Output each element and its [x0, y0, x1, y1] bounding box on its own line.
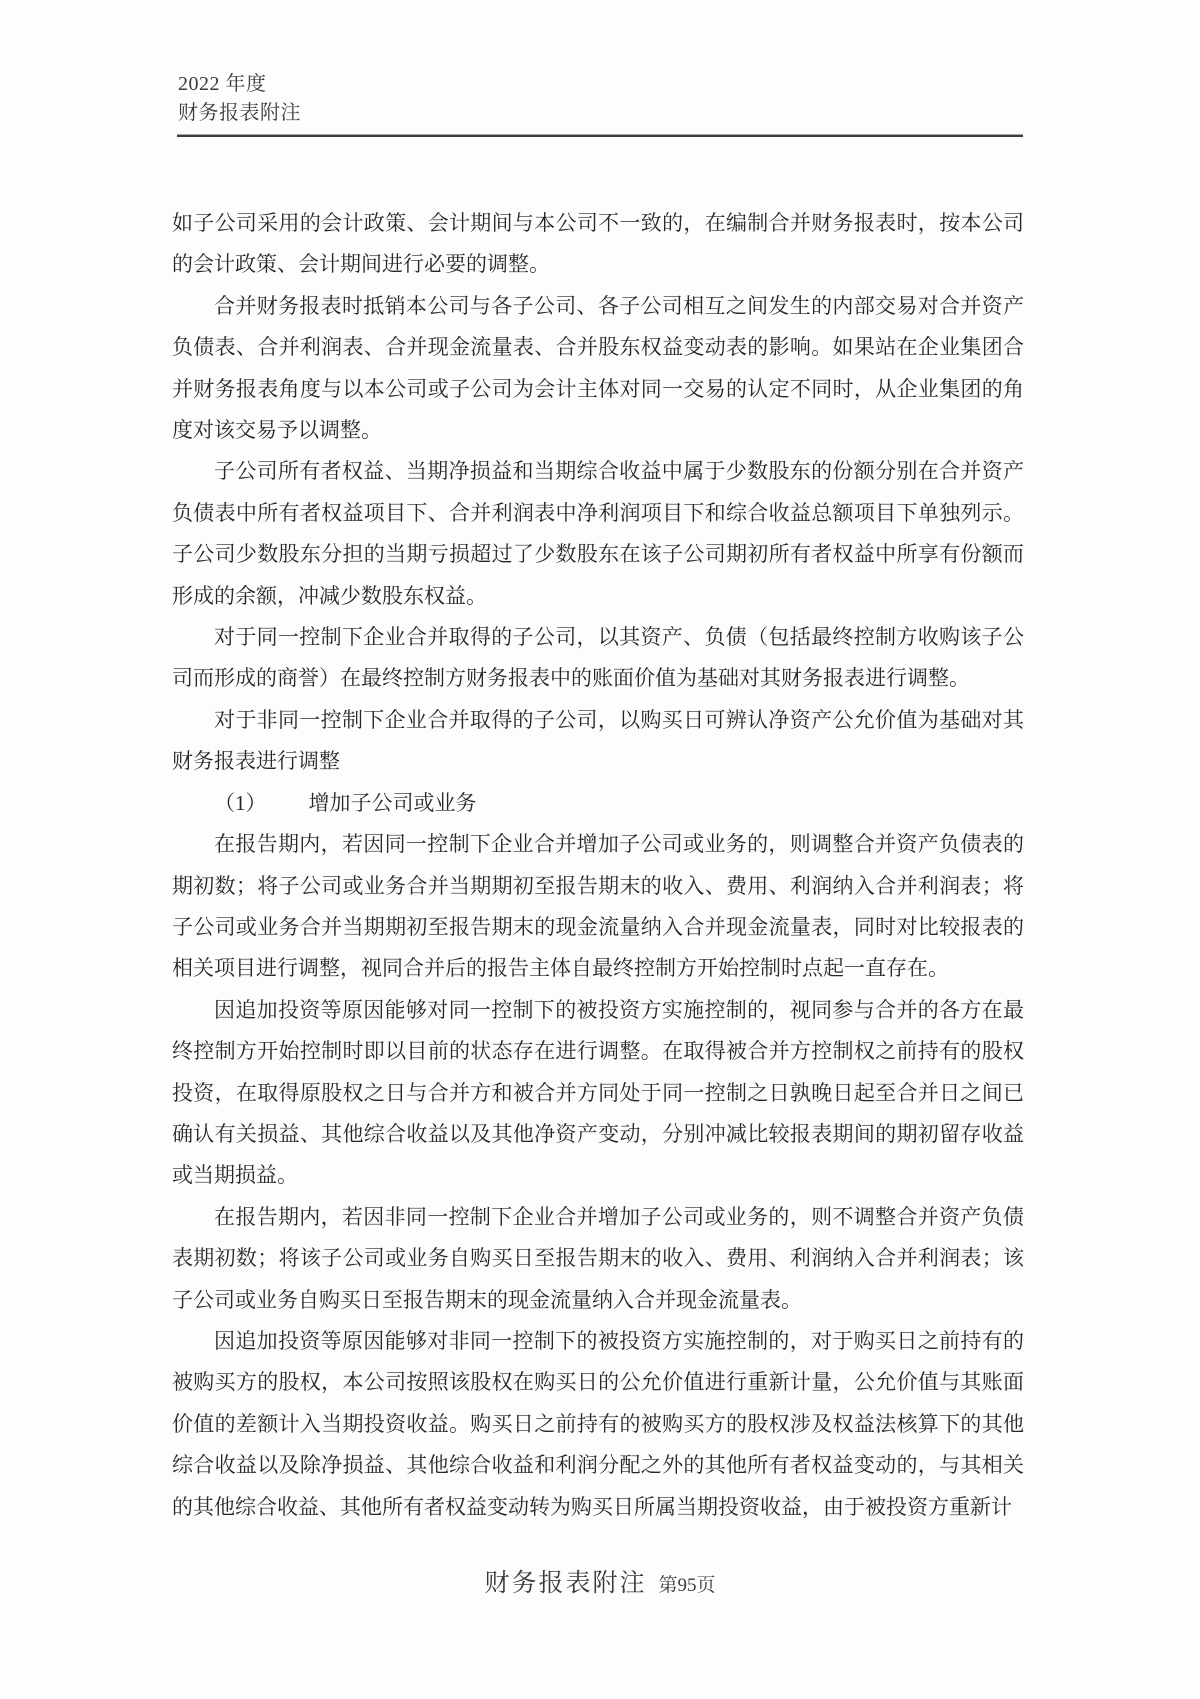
footer-title: 财务报表附注 [484, 1570, 646, 1597]
footer-page-number: 第95页 [659, 1575, 716, 1596]
paragraph: 因追加投资等原因能够对同一控制下的被投资方实施控制的，视同参与合并的各方在最终控… [172, 990, 1024, 1197]
page-header: 2022 年度 财务报表附注 [178, 70, 301, 128]
paragraph: 对于非同一控制下企业合并取得的子公司，以购买日可辨认净资产公允价值为基础对其财务… [172, 700, 1024, 783]
header-year-line: 2022 年度 [178, 70, 301, 99]
paragraph: 因追加投资等原因能够对非同一控制下的被投资方实施控制的，对于购买日之前持有的被购… [172, 1321, 1024, 1528]
paragraph: 在报告期内，若因非同一控制下企业合并增加子公司或业务的，则不调整合并资产负债表期… [172, 1197, 1024, 1321]
paragraph: 子公司所有者权益、当期净损益和当期综合收益中属于少数股东的份额分别在合并资产负债… [172, 451, 1024, 617]
header-rule [177, 134, 1023, 137]
header-title-line: 财务报表附注 [178, 99, 301, 128]
numbered-item: （1）增加子公司或业务 [172, 783, 1024, 824]
page-footer: 财务报表附注第95页 [0, 1563, 1200, 1599]
paragraph: 如子公司采用的会计政策、会计期间与本公司不一致的，在编制合并财务报表时，按本公司… [172, 203, 1024, 286]
paragraph: 在报告期内，若因同一控制下企业合并增加子公司或业务的，则调整合并资产负债表的期初… [172, 824, 1024, 990]
document-body: 如子公司采用的会计政策、会计期间与本公司不一致的，在编制合并财务报表时，按本公司… [172, 203, 1024, 1528]
paragraph: 对于同一控制下企业合并取得的子公司，以其资产、负债（包括最终控制方收购该子公司而… [172, 617, 1024, 700]
numbered-item-text: 增加子公司或业务 [309, 791, 477, 815]
document-page: 2022 年度 财务报表附注 如子公司采用的会计政策、会计期间与本公司不一致的，… [0, 0, 1200, 1699]
numbered-item-label: （1） [214, 791, 267, 815]
paragraph: 合并财务报表时抵销本公司与各子公司、各子公司相互之间发生的内部交易对合并资产负债… [172, 286, 1024, 452]
